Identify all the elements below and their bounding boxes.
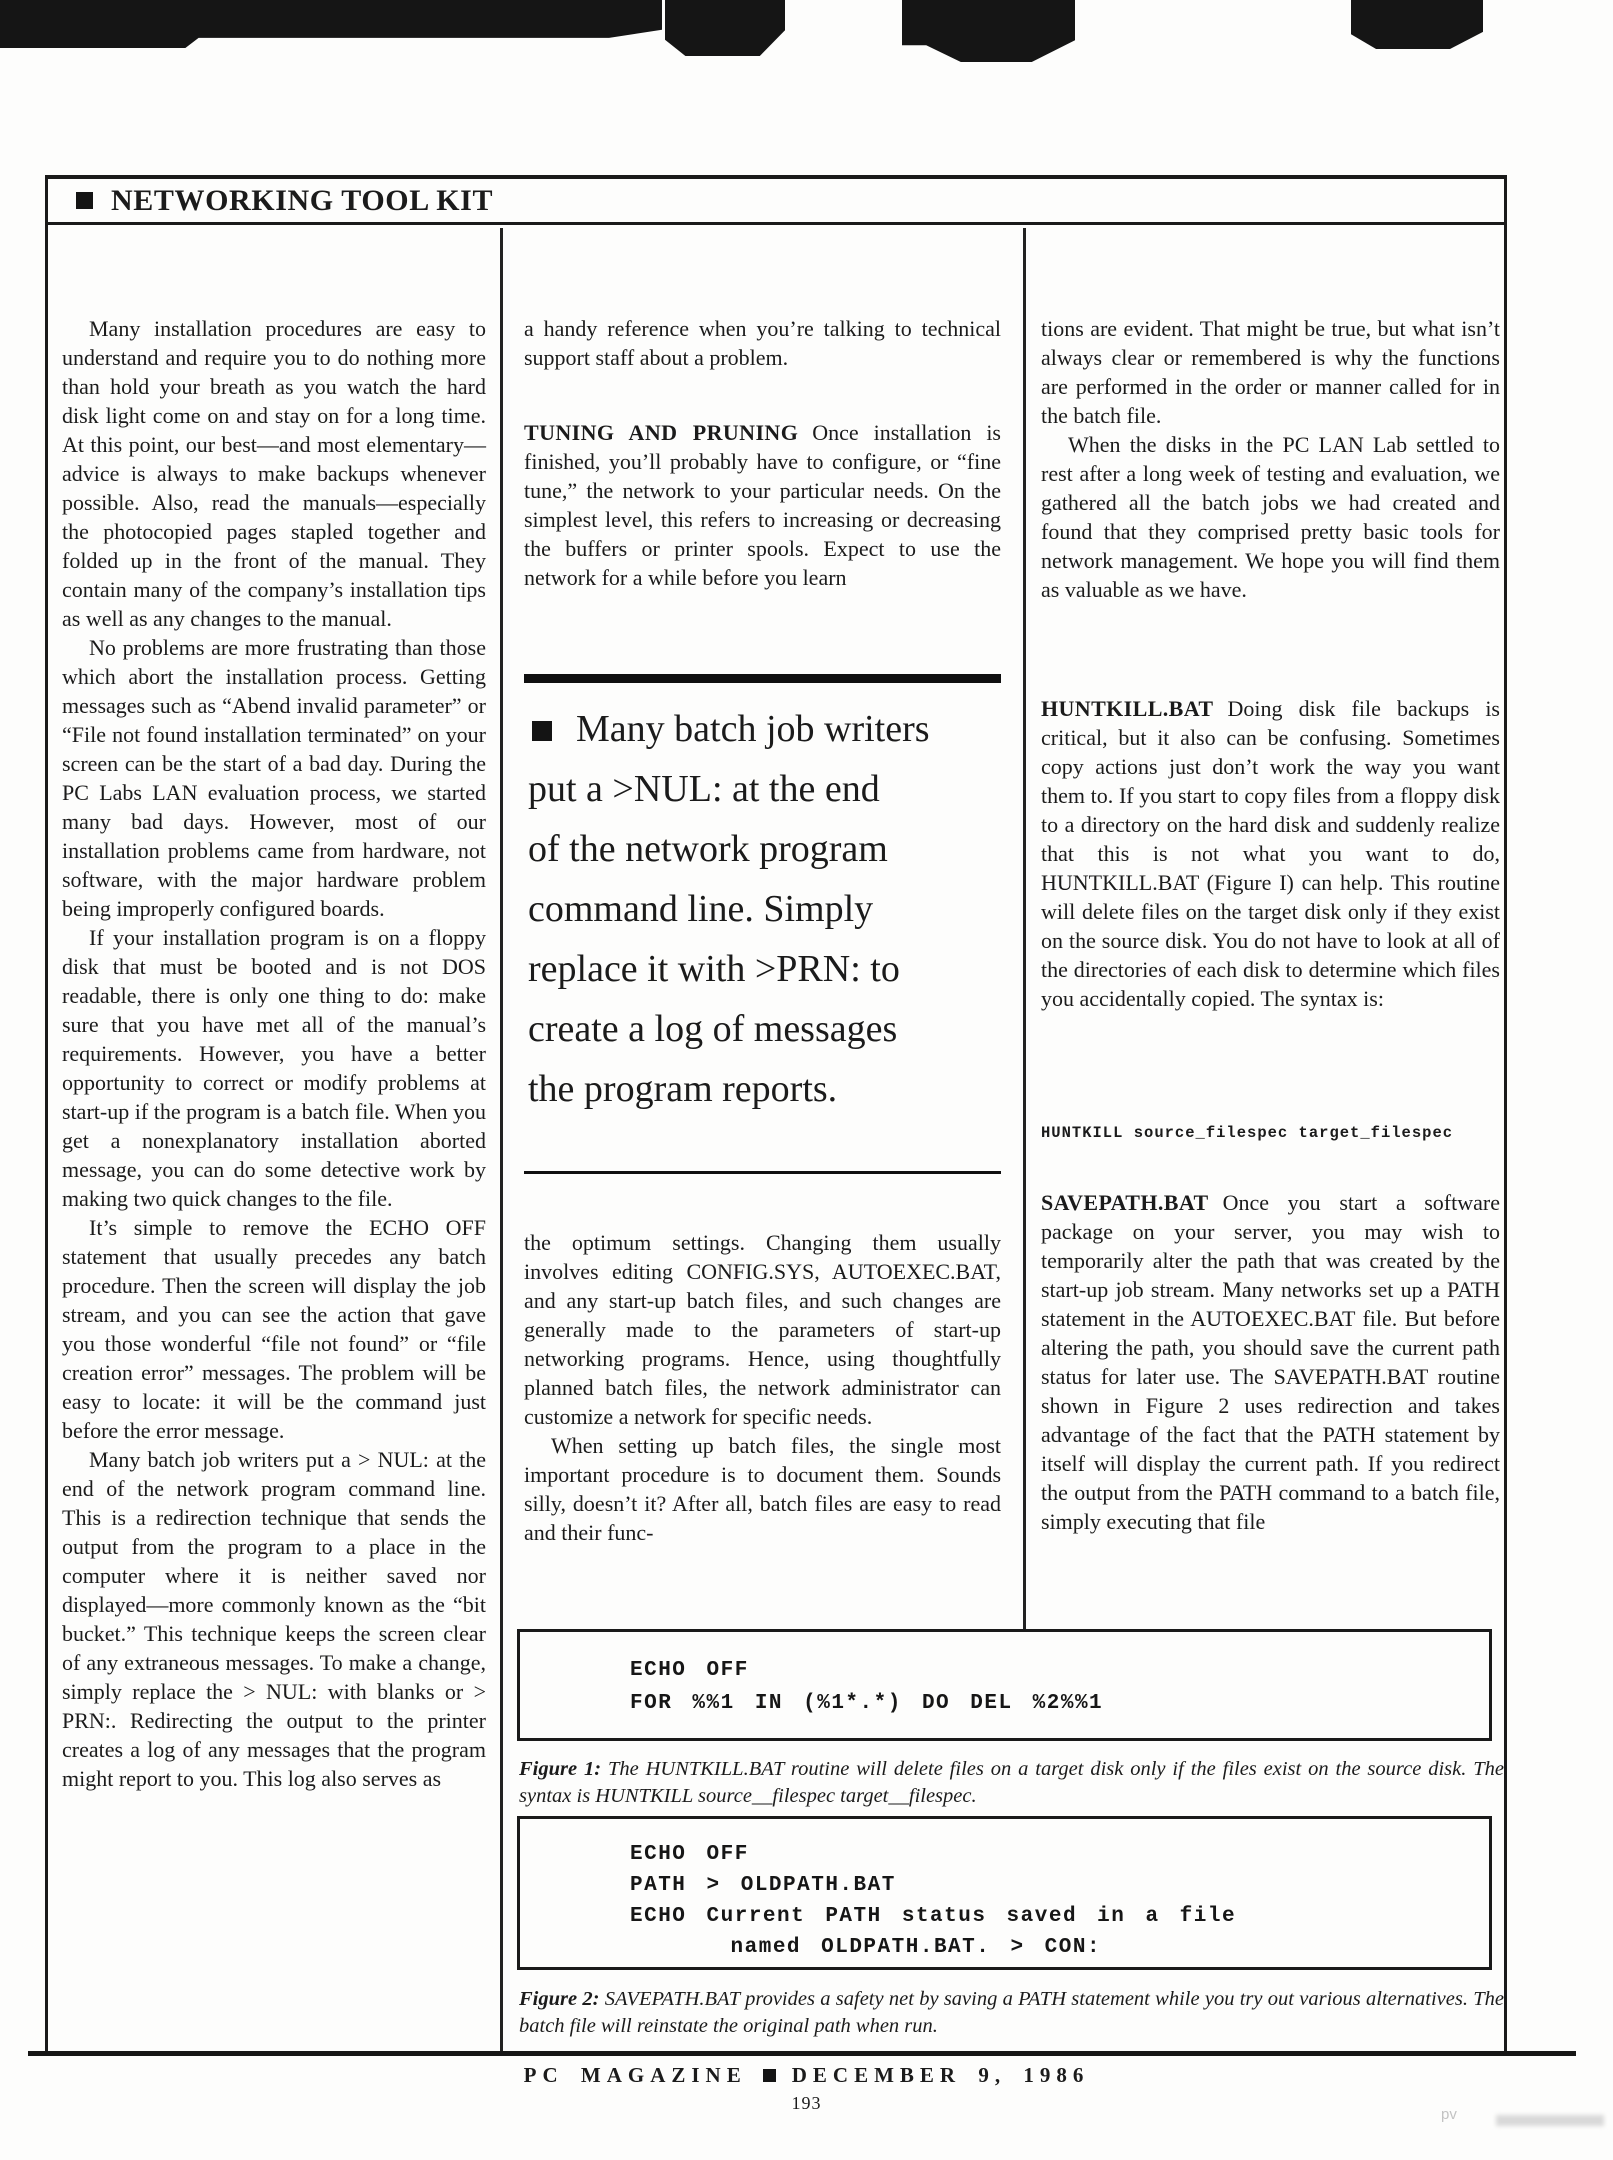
column-3: tions are evident. That might be true, b… xyxy=(1041,314,1500,1634)
paragraph-text: Once you start a software package on you… xyxy=(1041,1190,1500,1534)
pull-quote-rule-top xyxy=(524,674,1001,683)
figure-1-caption: Figure 1: The HUNTKILL.BAT routine will … xyxy=(519,1756,1504,1810)
paragraph: Many batch job writers put a > NUL: at t… xyxy=(62,1445,486,1793)
pull-quote-line: command line. Simply xyxy=(528,879,997,939)
paragraph: a handy reference when you’re talking to… xyxy=(524,314,1001,372)
figure-2-caption: Figure 2: SAVEPATH.BAT provides a safety… xyxy=(519,1986,1504,2040)
paragraph: HUNTKILL.BATDoing disk file backups is c… xyxy=(1041,694,1500,1013)
paragraph: SAVEPATH.BATOnce you start a software pa… xyxy=(1041,1188,1500,1536)
figure-2-caption-text: SAVEPATH.BAT provides a safety net by sa… xyxy=(519,1988,1504,2037)
column-divider xyxy=(1023,228,1026,1629)
scan-artifact xyxy=(0,0,662,48)
page-number: 193 xyxy=(0,2093,1613,2114)
scan-artifact xyxy=(902,0,1075,62)
footer-magazine: PC MAGAZINE xyxy=(524,2063,747,2087)
pull-quote-rule-bottom xyxy=(524,1171,1001,1174)
scan-artifact xyxy=(1351,0,1483,49)
paragraph: No problems are more frustrating than th… xyxy=(62,633,486,923)
scan-artifact xyxy=(665,0,785,56)
figure-1-label: Figure 1: xyxy=(519,1758,601,1780)
pull-quote-line: of the network program xyxy=(528,819,997,879)
square-bullet-icon xyxy=(763,2069,776,2082)
watermark: pv xyxy=(1441,2106,1457,2123)
square-bullet-icon xyxy=(76,192,93,209)
section-heading: SAVEPATH.BAT xyxy=(1041,1190,1223,1215)
figure-1-code-box: ECHO OFF FOR %%1 IN (%1*.*) DO DEL %2%%1 xyxy=(517,1629,1492,1741)
pull-quote-text: Many batch job writers put a >NUL: at th… xyxy=(524,683,1001,1171)
section-heading: HUNTKILL.BAT xyxy=(1041,696,1228,721)
magazine-page: NETWORKING TOOL KIT Many installation pr… xyxy=(0,0,1613,2160)
pull-quote-line: put a >NUL: at the end xyxy=(528,759,997,819)
figure-2-code-box: ECHO OFF PATH > OLDPATH.BAT ECHO Current… xyxy=(517,1816,1492,1970)
paragraph: If your installation program is on a flo… xyxy=(62,923,486,1213)
pull-quote-line: the program reports. xyxy=(528,1059,997,1119)
footer: PC MAGAZINEDECEMBER 9, 1986 xyxy=(0,2063,1613,2088)
article-header: NETWORKING TOOL KIT xyxy=(48,179,1504,225)
column-divider xyxy=(500,228,503,2051)
syntax-line: HUNTKILL source_filespec target_filespec xyxy=(1041,1124,1453,1142)
paragraph: Many installation procedures are easy to… xyxy=(62,314,486,633)
pull-quote-line: create a log of messages xyxy=(528,999,997,1059)
footer-rule xyxy=(28,2051,1576,2056)
paragraph: tions are evident. That might be true, b… xyxy=(1041,314,1500,430)
column-2: a handy reference when you’re talking to… xyxy=(524,314,1001,1634)
figure-2-label: Figure 2: xyxy=(519,1988,599,2010)
pull-quote-line-text: Many batch job writers xyxy=(576,708,930,750)
paragraph: the optimum settings. Changing them usua… xyxy=(524,1228,1001,1431)
paragraph: It’s simple to remove the ECHO OFF state… xyxy=(62,1213,486,1445)
pull-quote: Many batch job writers put a >NUL: at th… xyxy=(524,674,1001,1174)
pull-quote-line: replace it with >PRN: to xyxy=(528,939,997,999)
figure-2-code: ECHO OFF PATH > OLDPATH.BAT ECHO Current… xyxy=(520,1819,1489,1963)
paragraph: TUNING AND PRUNINGOnce installation is f… xyxy=(524,418,1001,592)
footer-date: DECEMBER 9, 1986 xyxy=(792,2063,1090,2087)
column-1: Many installation procedures are easy to… xyxy=(62,314,486,1793)
square-bullet-icon xyxy=(532,721,552,741)
pull-quote-line: Many batch job writers xyxy=(528,699,997,759)
figure-1-code: ECHO OFF FOR %%1 IN (%1*.*) DO DEL %2%%1 xyxy=(520,1632,1489,1720)
paragraph-text: Once installation is finished, you’ll pr… xyxy=(524,420,1001,590)
paragraph: When the disks in the PC LAN Lab settled… xyxy=(1041,430,1500,604)
paragraph: When setting up batch files, the single … xyxy=(524,1431,1001,1547)
figure-1-caption-text: The HUNTKILL.BAT routine will delete fil… xyxy=(519,1758,1504,1807)
watermark-streak xyxy=(1496,2115,1604,2126)
section-heading: TUNING AND PRUNING xyxy=(524,420,812,445)
paragraph-text: Doing disk file backups is critical, but… xyxy=(1041,696,1500,1011)
article-title: NETWORKING TOOL KIT xyxy=(111,184,493,218)
